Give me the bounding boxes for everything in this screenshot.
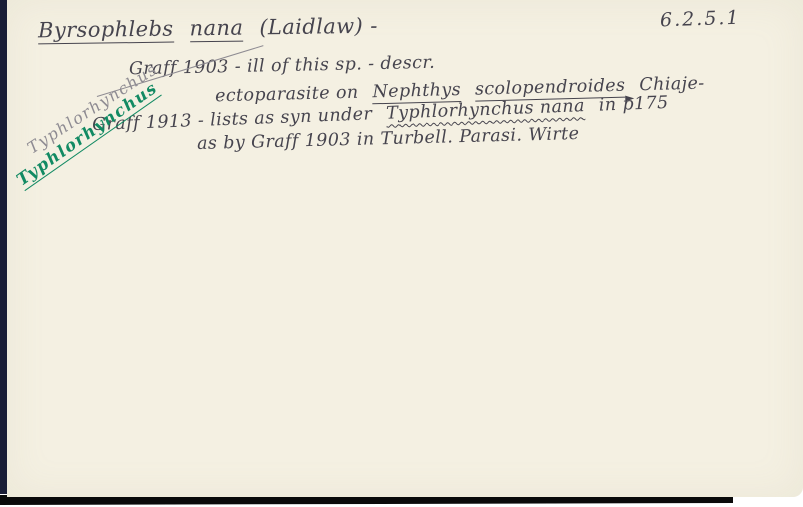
- note-graff-1903: Graff 1903 - ill of this sp. - descr.: [129, 53, 436, 79]
- scanned-card-photo: 6.2.5.1 Byrsophlebs nana (Laidlaw) - Gra…: [0, 0, 803, 507]
- index-card: 6.2.5.1 Byrsophlebs nana (Laidlaw) - Gra…: [7, 0, 803, 497]
- species-title: Byrsophlebs nana (Laidlaw) -: [38, 14, 387, 43]
- catalog-number: 6.2.5.1: [660, 7, 741, 32]
- genus-name: Byrsophlebs: [38, 17, 174, 45]
- synonym-page-ref: in p175: [598, 93, 669, 116]
- species-name: nana: [189, 16, 243, 43]
- host-note-prefix: ectoparasite on: [215, 83, 359, 107]
- card-left-edge: [0, 0, 7, 494]
- host-author: Chiaje-: [639, 74, 705, 96]
- author-name: (Laidlaw) -: [259, 14, 378, 40]
